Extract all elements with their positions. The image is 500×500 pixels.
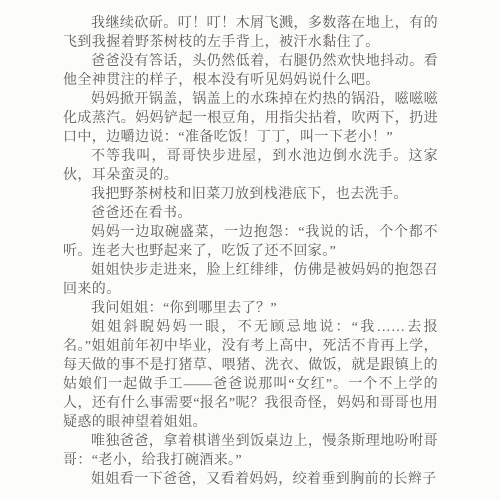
paragraph: 我继续砍斫。叮！叮！木屑飞溅，多数落在地上，有的飞到我握着野茶树枝的左手背上，被… bbox=[63, 14, 438, 52]
paragraph: 姐姐快步走进来，脸上红绯绯，仿佛是被妈妈的抱怨召回来的。 bbox=[63, 261, 438, 299]
paragraph: 妈妈掀开锅盖，锅盖上的水珠掉在灼热的锅沿，嗞嗞嗞化成蒸汽。妈妈铲起一根豆角，用指… bbox=[63, 90, 438, 147]
paragraph: 我问姐姐：“你到哪里去了？” bbox=[63, 299, 438, 318]
paragraph: 爸爸还在看书。 bbox=[63, 204, 438, 223]
paragraph: 妈妈一边取碗盛菜，一边抱怨：“我说的话，个个都不听。连老大也野起来了，吃饭了还不… bbox=[63, 223, 438, 261]
paragraph: 我把野茶树枝和旧菜刀放到栈港底下，也去洗手。 bbox=[63, 185, 438, 204]
paragraph: 姐姐斜睨妈妈一眼，不无顾忌地说：“我……去报名。”姐姐前年初中毕业，没有考上高中… bbox=[63, 318, 438, 432]
paragraph: 唯独爸爸，拿着棋谱坐到饭桌边上，慢条斯理地吩咐哥哥：“老小，给我打碗酒来。” bbox=[63, 432, 438, 470]
book-page: 我继续砍斫。叮！叮！木屑飞溅，多数落在地上，有的飞到我握着野茶树枝的左手背上，被… bbox=[0, 0, 500, 500]
page-text: 我继续砍斫。叮！叮！木屑飞溅，多数落在地上，有的飞到我握着野茶树枝的左手背上，被… bbox=[63, 14, 438, 489]
paragraph: 爸爸没有答话，头仍然低着，右腿仍然欢快地抖动。看他全神贯注的样子，根本没有听见妈… bbox=[63, 52, 438, 90]
paragraph: 姐姐看一下爸爸，又看着妈妈，绞着垂到胸前的长辫子 bbox=[63, 470, 438, 489]
paragraph: 不等我叫，哥哥快步进屋，到水池边倒水洗手。这家伙，耳朵蛮灵的。 bbox=[63, 147, 438, 185]
